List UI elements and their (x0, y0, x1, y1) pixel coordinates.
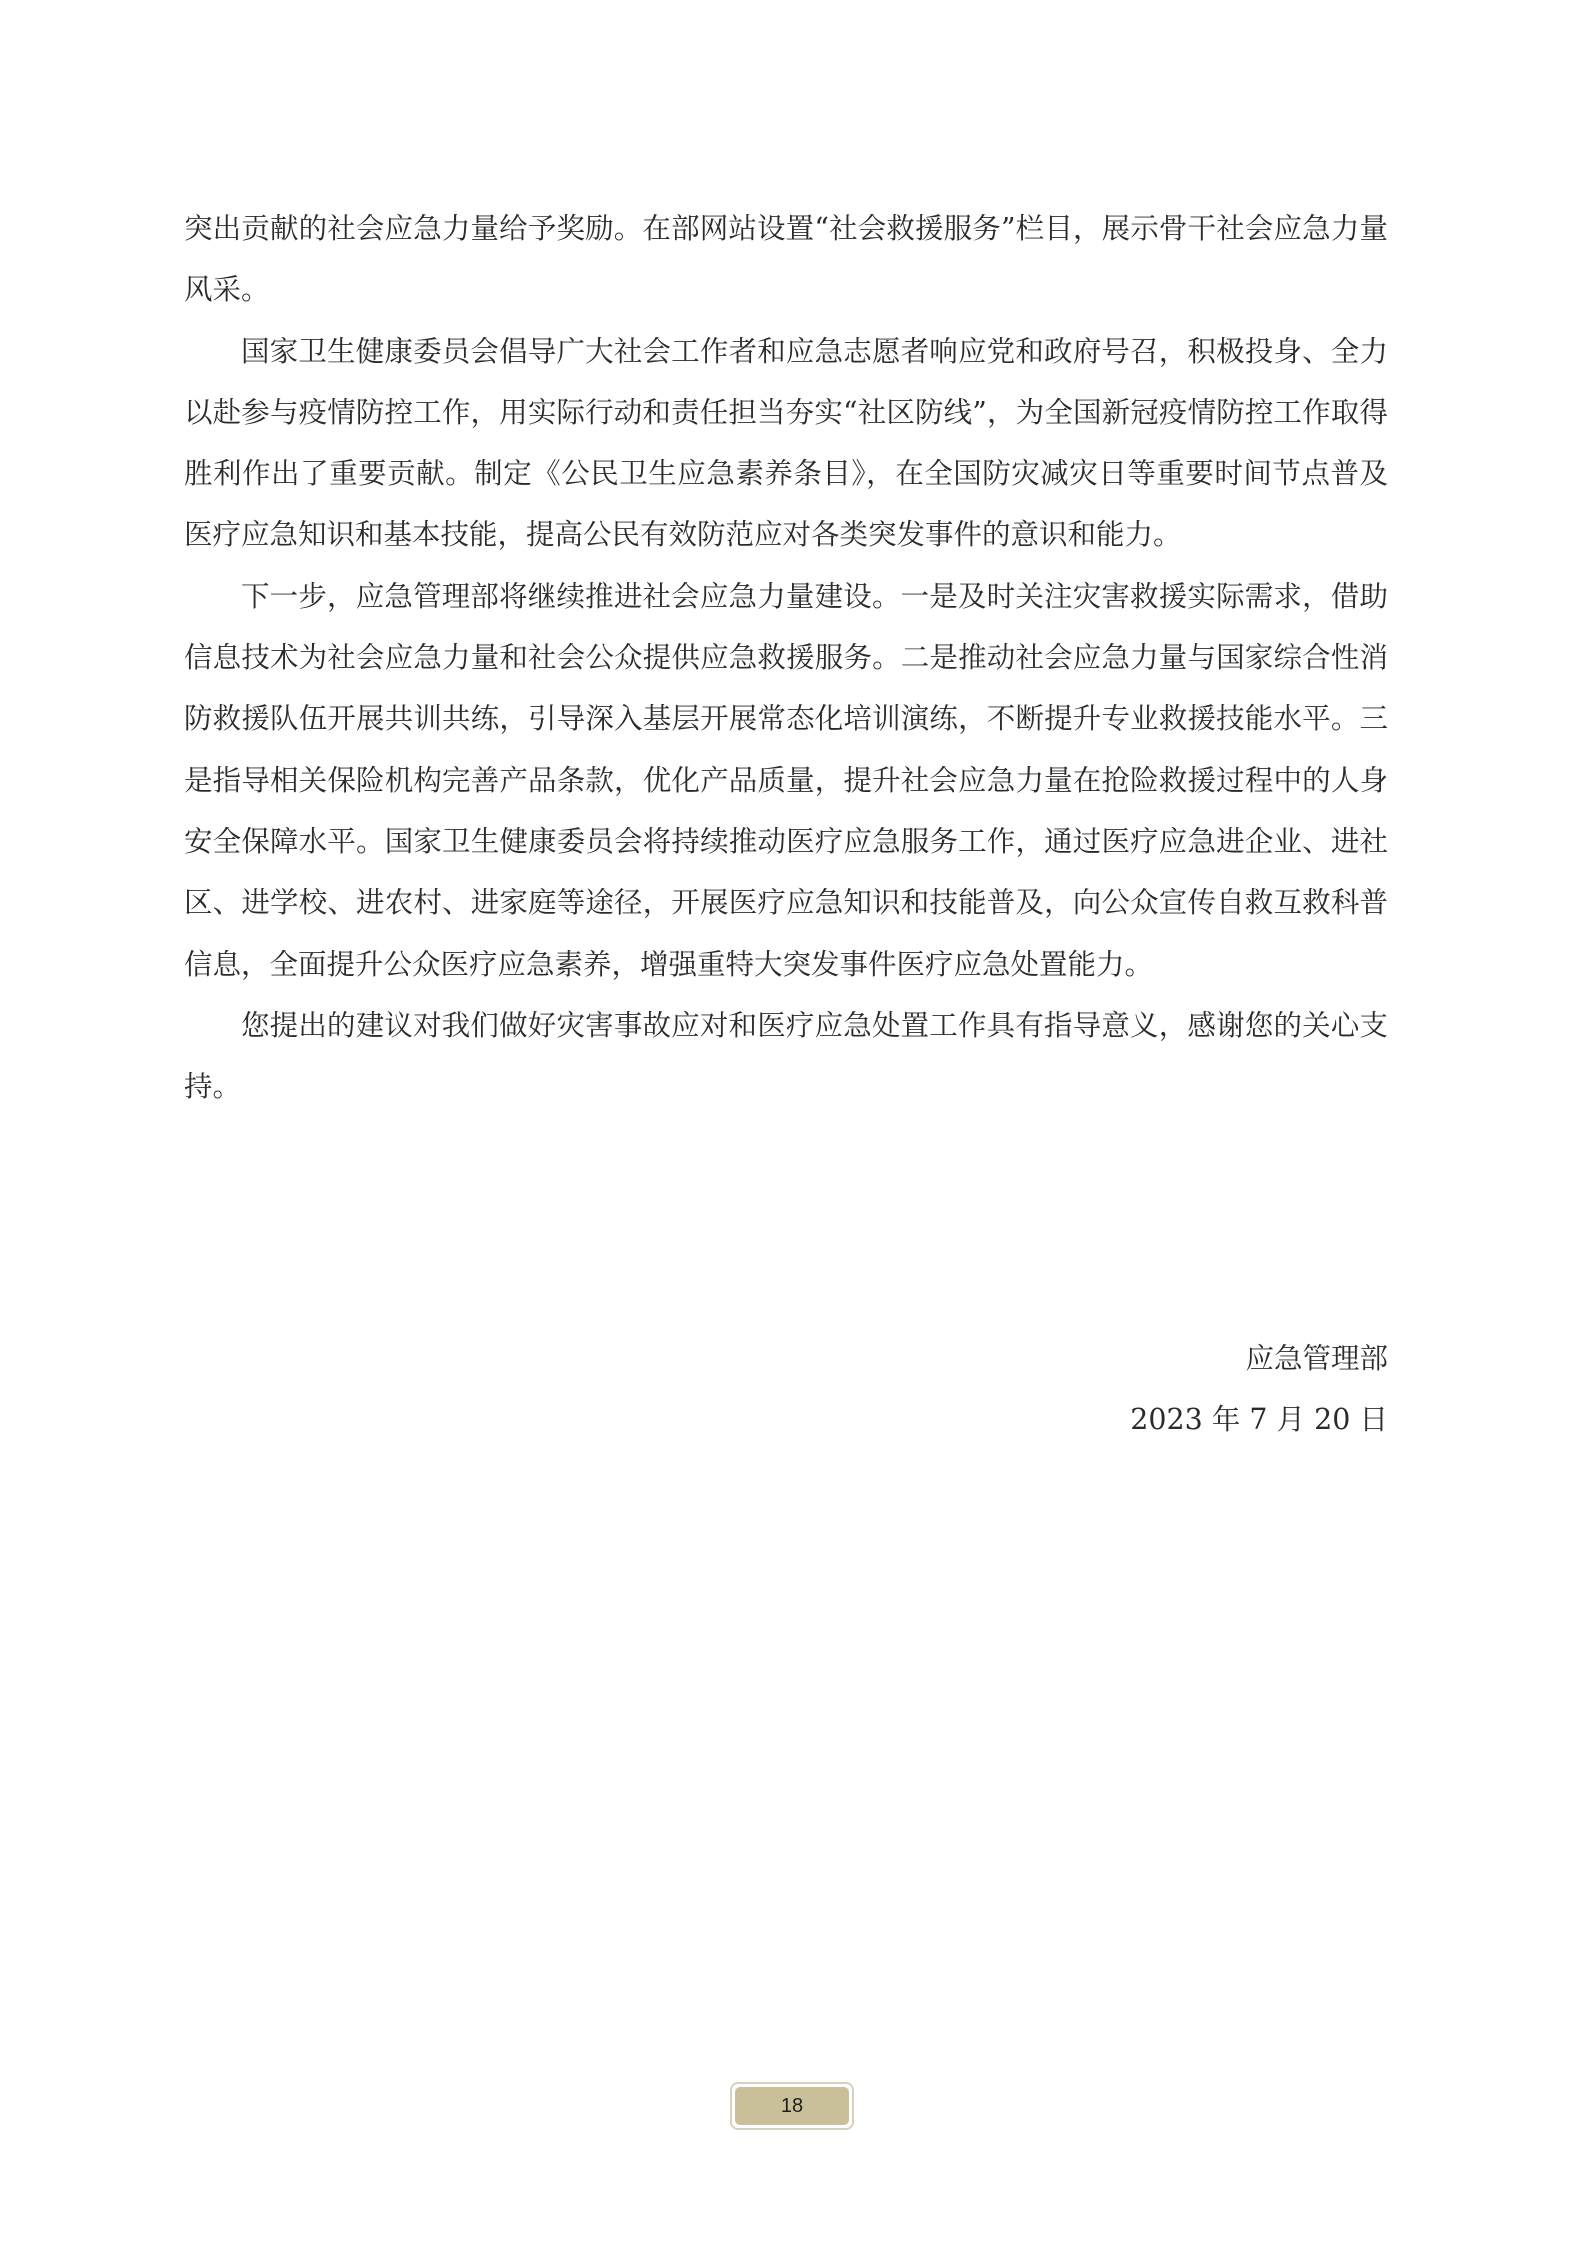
paragraph-4: 您提出的建议对我们做好灾害事故应对和医疗应急处置工作具有指导意义，感谢您的关心支… (184, 995, 1388, 1118)
document-page: 突出贡献的社会应急力量给予奖励。在部网站设置“社会救援服务”栏目，展示骨干社会应… (0, 0, 1588, 2257)
signature-organization: 应急管理部 (1130, 1328, 1388, 1389)
document-body: 突出贡献的社会应急力量给予奖励。在部网站设置“社会救援服务”栏目，展示骨干社会应… (184, 198, 1388, 1117)
paragraph-2: 国家卫生健康委员会倡导广大社会工作者和应急志愿者响应党和政府号召，积极投身、全力… (184, 321, 1388, 566)
signature-date: 2023 年 7 月 20 日 (1130, 1389, 1388, 1450)
signature-block: 应急管理部 2023 年 7 月 20 日 (1130, 1328, 1388, 1450)
page-number-badge: 18 (730, 2082, 854, 2130)
paragraph-1: 突出贡献的社会应急力量给予奖励。在部网站设置“社会救援服务”栏目，展示骨干社会应… (184, 198, 1388, 321)
paragraph-3: 下一步，应急管理部将继续推进社会应急力量建设。一是及时关注灾害救援实际需求，借助… (184, 566, 1388, 995)
page-number: 18 (735, 2087, 849, 2125)
